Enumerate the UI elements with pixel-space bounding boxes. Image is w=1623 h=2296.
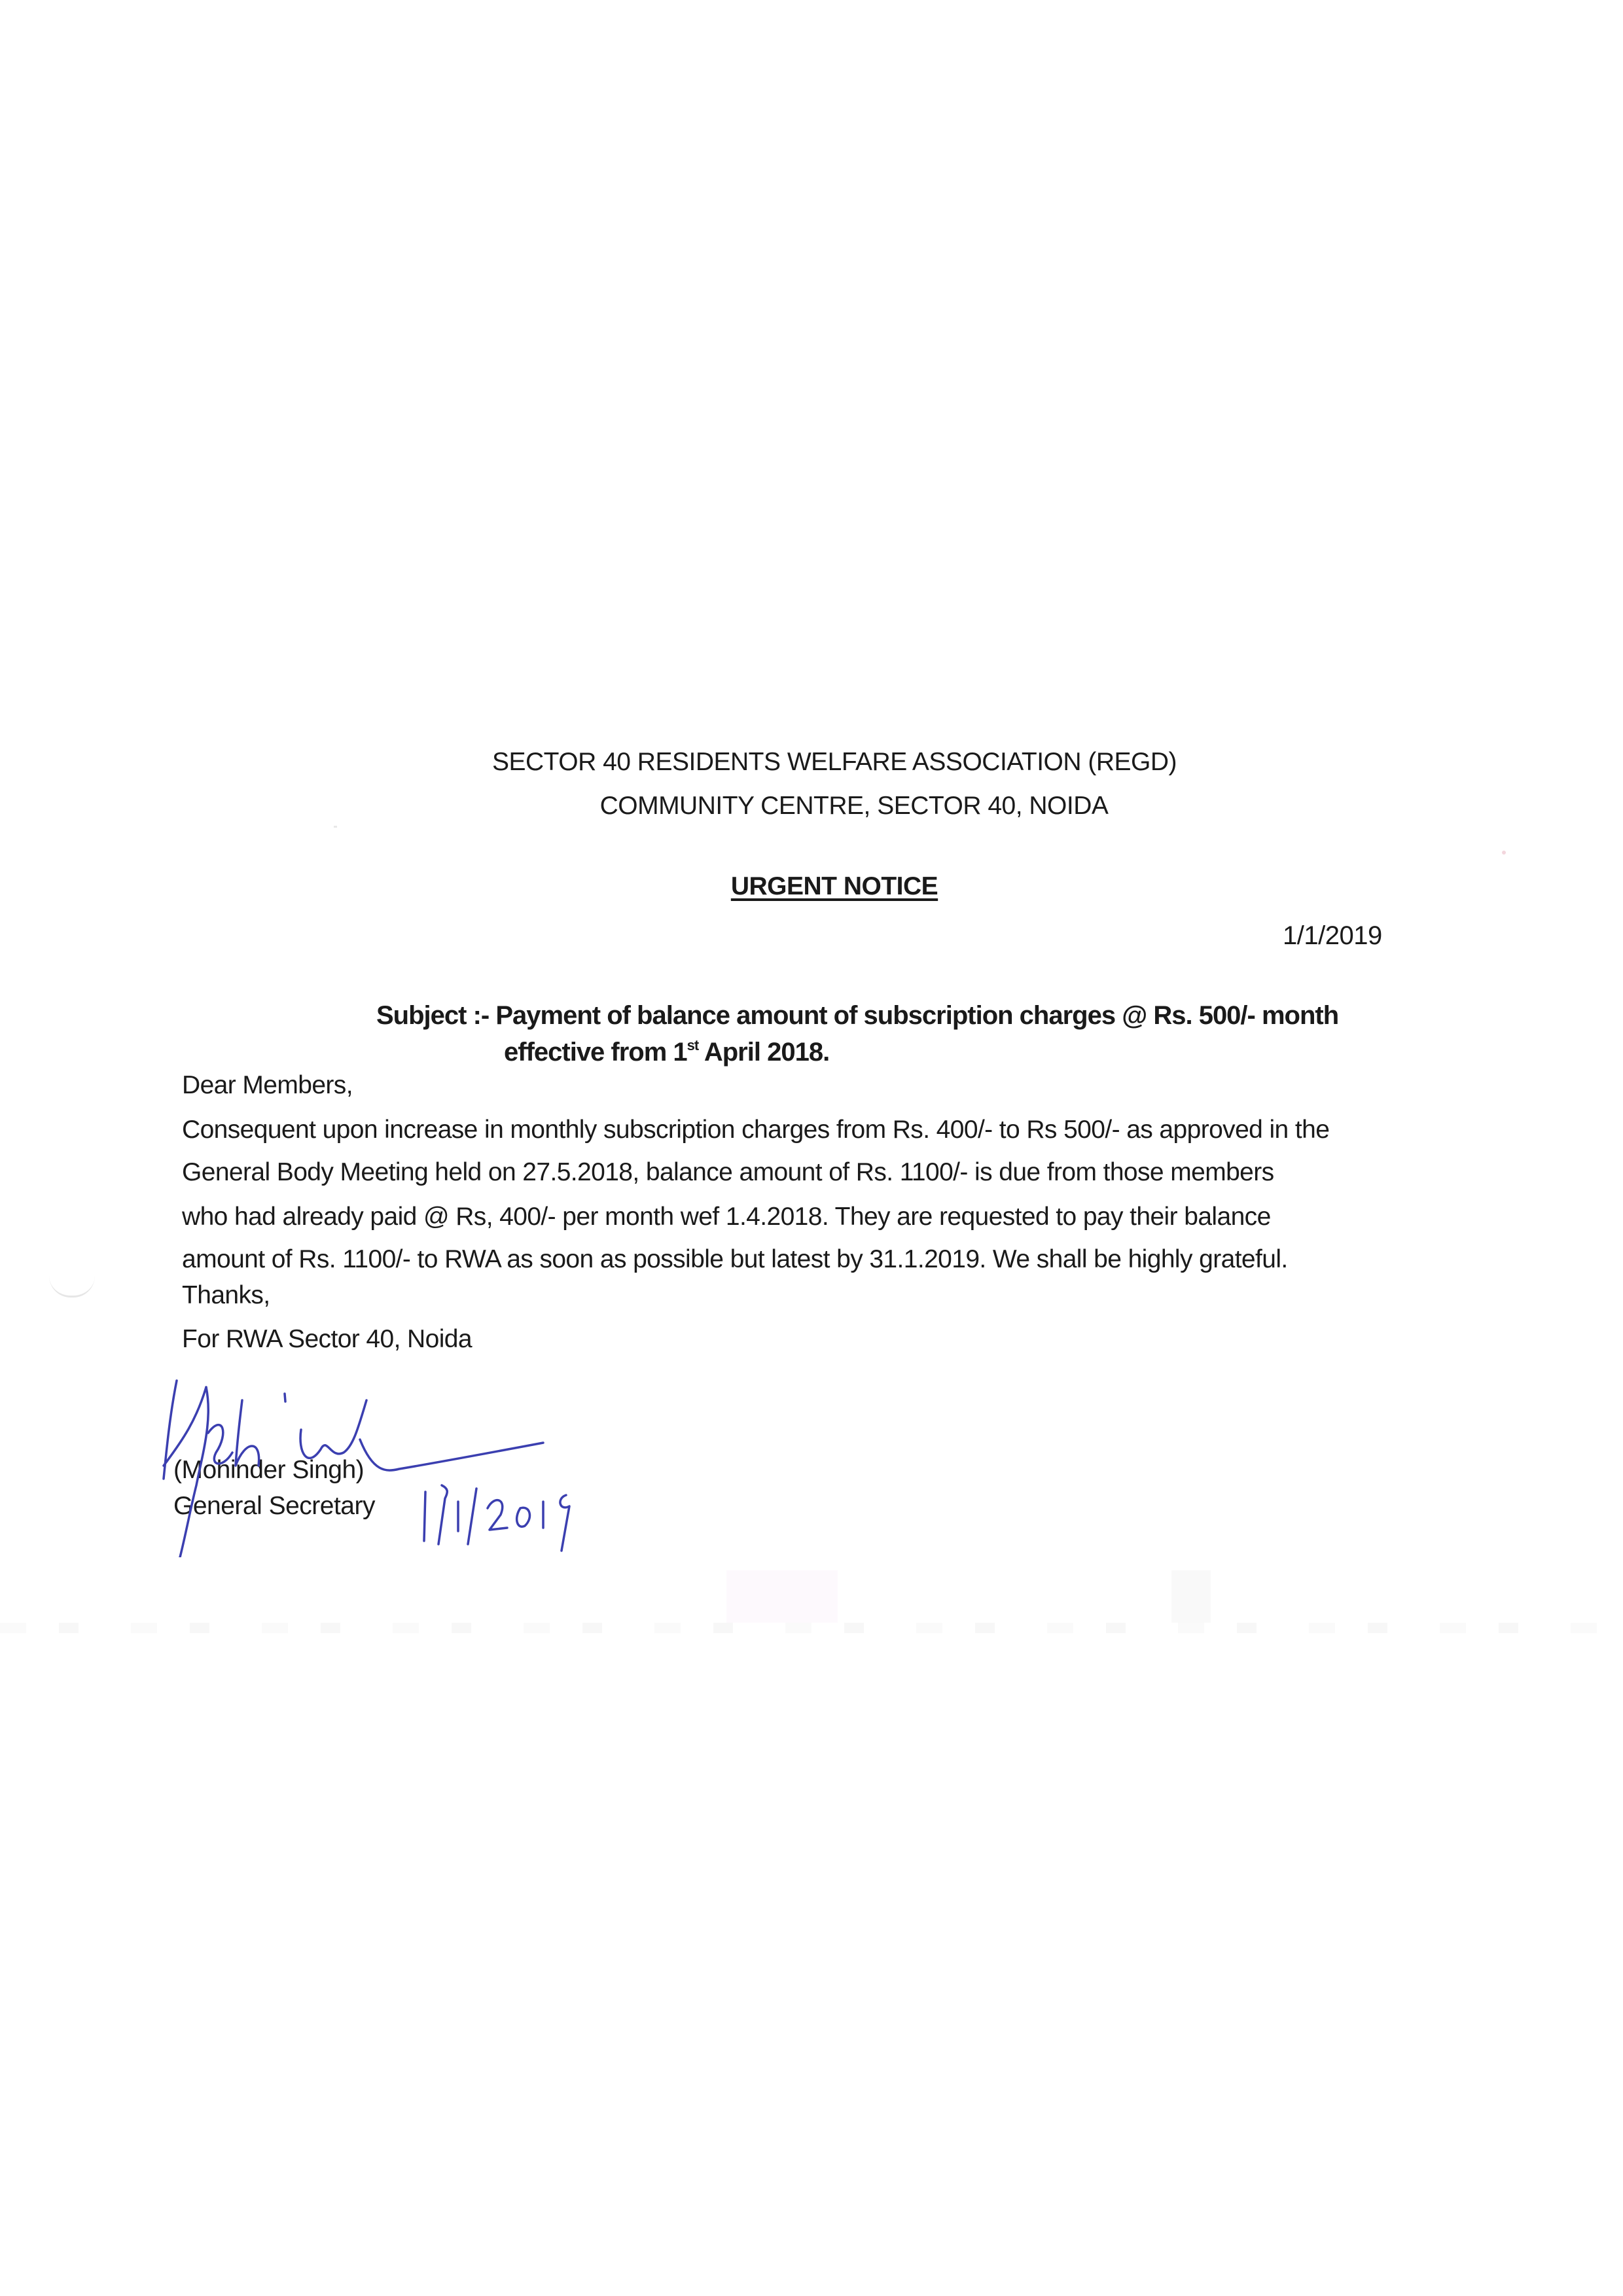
subject-line-2: effective from 1st April 2018. xyxy=(504,1037,829,1067)
body-line: amount of Rs. 1100/- to RWA as soon as p… xyxy=(182,1245,1288,1274)
subject-line-1: Subject :- Payment of balance amount of … xyxy=(376,1001,1338,1031)
scan-speck xyxy=(1502,851,1506,855)
scan-speck xyxy=(334,826,337,828)
notice-title: URGENT NOTICE xyxy=(0,872,1623,901)
notice-date: 1/1/2019 xyxy=(1283,921,1382,951)
scan-bleedthrough-band xyxy=(0,1623,1623,1633)
sign-off: For RWA Sector 40, Noida xyxy=(182,1325,472,1354)
body-line: General Body Meeting held on 27.5.2018, … xyxy=(182,1158,1274,1187)
organization-name: SECTOR 40 RESIDENTS WELFARE ASSOCIATION … xyxy=(0,748,1623,777)
body-line: who had already paid @ Rs, 400/- per mon… xyxy=(182,1203,1271,1231)
scan-shadow xyxy=(726,1570,838,1623)
salutation: Dear Members, xyxy=(182,1071,353,1100)
subject-line-2-prefix: effective from 1 xyxy=(504,1038,687,1067)
handwritten-signature-icon xyxy=(151,1361,687,1557)
body-line: Consequent upon increase in monthly subs… xyxy=(182,1116,1329,1144)
scan-smudge xyxy=(49,1276,95,1298)
scanned-notice-page: SECTOR 40 RESIDENTS WELFARE ASSOCIATION … xyxy=(0,0,1623,2296)
subject-line-2-suffix: April 2018. xyxy=(698,1038,829,1067)
scan-shadow xyxy=(1171,1570,1211,1623)
closing: Thanks, xyxy=(182,1281,270,1310)
ordinal-suffix: st xyxy=(687,1037,699,1053)
organization-address: COMMUNITY CENTRE, SECTOR 40, NOIDA xyxy=(0,792,1623,821)
